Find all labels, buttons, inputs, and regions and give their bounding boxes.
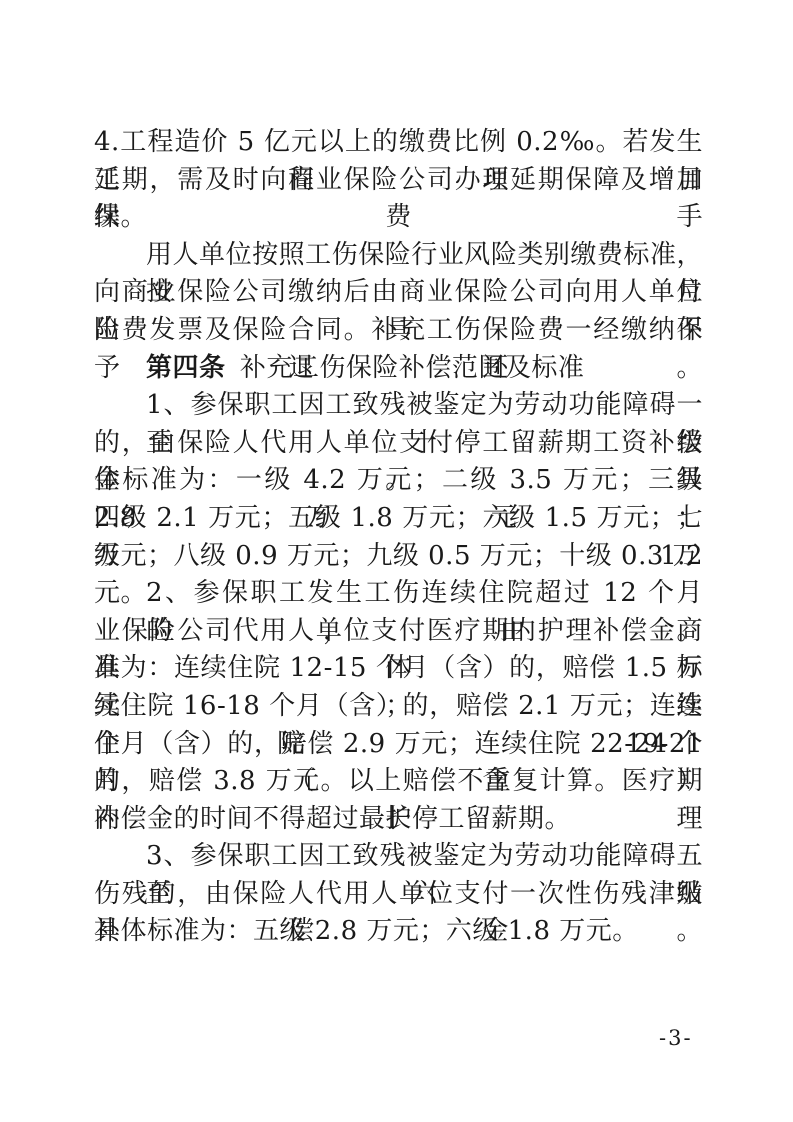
document-page: 4.工程造价 5 亿元以上的缴费比例 0.2‰。若发生工程项目延期，需及时向商业… bbox=[0, 0, 793, 1122]
text-line: 延期，需及时向商业保险公司办理延期保障及增加保费手 bbox=[94, 162, 703, 200]
text-line: 险费发票及保险合同。补充工伤保险费一经缴纳不予退还。 bbox=[94, 312, 703, 350]
text-line: 的，由保险人代用人单位支付停工留薪期工资补偿金。具 bbox=[94, 425, 703, 463]
text-line: 万元；八级 0.9 万元；九级 0.5 万元；十级 0.3 万元。 bbox=[94, 538, 703, 576]
text-line: 续住院 16-18 个月（含）的，赔偿 2.1 万元；连续住院 19-21 bbox=[94, 688, 703, 726]
text-line: 1、参保职工因工致残被鉴定为劳动功能障碍一至十级 bbox=[94, 387, 703, 425]
text-line: 2、参保职工发生工伤连续住院超过 12 个月的，由商 bbox=[94, 575, 703, 613]
text-line: 个月（含）的，赔偿 2.9 万元；连续住院 22-24 个月（含） bbox=[94, 726, 703, 764]
text-line: 向商业保险公司缴纳后由商业保险公司向用人单位出具保 bbox=[94, 274, 703, 312]
text-run: 续。 bbox=[94, 202, 147, 232]
text-line: 用人单位按照工伤保险行业风险类别缴费标准，按月 bbox=[94, 237, 703, 275]
text-line: 具体标准为：五级 2.8 万元；六级 1.8 万元。 bbox=[94, 913, 703, 951]
text-line: 四级 2.1 万元；五级 1.8 万元；六级 1.5 万元；七级 1.2 bbox=[94, 500, 703, 538]
text-line: 4.工程造价 5 亿元以上的缴费比例 0.2‰。若发生工程项目 bbox=[94, 124, 703, 162]
section-heading-label: 第四条 bbox=[146, 353, 226, 383]
text-run: 补充工伤保险补偿范围及标准 bbox=[240, 353, 585, 383]
text-line: 业保险公司代用人单位支付医疗期内护理补偿金。具体标 bbox=[94, 613, 703, 651]
text-line: 准为：连续住院 12-15 个月（含）的，赔偿 1.5 万元；连 bbox=[94, 650, 703, 688]
text-run: 具体标准为：五级 2.8 万元；六级 1.8 万元。 bbox=[94, 916, 639, 946]
text-run: 延期，需及时向商业保险公司办理延期保障及增加保费手 bbox=[94, 165, 703, 233]
text-line: 的，赔偿 3.8 万元。以上赔偿不重复计算。医疗期内护理 bbox=[94, 763, 703, 801]
text-line: 体标准为：一级 4.2 万元；二级 3.5 万元；三级 2.8 万元； bbox=[94, 462, 703, 500]
page-number: -3- bbox=[659, 1026, 693, 1050]
text-run: 补偿金的时间不得超过最长停工留薪期。 bbox=[94, 804, 571, 834]
text-line: 3、参保职工因工致残被鉴定为劳动功能障碍五至六级 bbox=[94, 838, 703, 876]
document-body: 4.工程造价 5 亿元以上的缴费比例 0.2‰。若发生工程项目延期，需及时向商业… bbox=[94, 124, 703, 951]
text-line: 伤残的，由保险人代用人单位支付一次性伤残津贴补偿金。 bbox=[94, 876, 703, 914]
